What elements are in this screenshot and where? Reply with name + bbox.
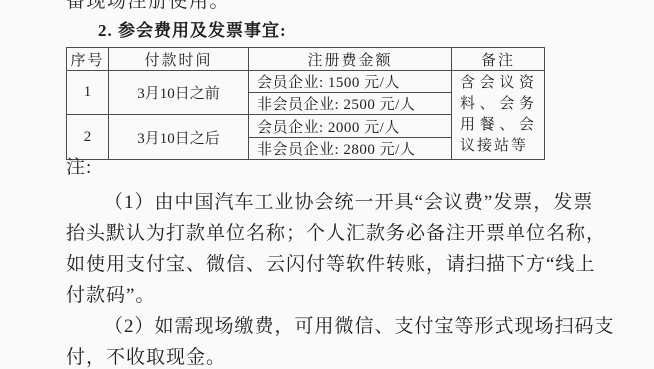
row2-member-fee-cell: 会员企业: 2000 元/人 [249,115,452,138]
note1-line: 付款码”。 [66,281,632,312]
column-header-registration-fee: 注册费金额 [249,48,452,71]
row1-nonmember-fee-cell: 非会员企业: 2500 元/人 [249,93,452,115]
fee-table: 序号 付款时间 注册费金额 备注 1 3月10日之前 会员企业: 1500 元/… [66,47,545,160]
document-page: 备现场注册使用。 2. 参会费用及发票事宜: 序号 付款时间 注册费金额 备注 … [0,0,654,369]
notes-section: 注: （1）由中国汽车工业协会统一开具“会议费”发票，发票 抬头默认为打款单位名… [66,155,632,369]
section-heading: 2. 参会费用及发票事宜: [98,16,287,41]
note2-line: 付，不收取现金。 [66,343,632,369]
column-header-payment-time: 付款时间 [109,48,249,71]
column-header-remark: 备注 [452,48,545,71]
table-row: 1 3月10日之前 会员企业: 1500 元/人 含会议资料、会务用餐、会议接站… [67,71,545,93]
note1-line: 如使用支付宝、微信、云闪付等软件转账，请扫描下方“线上 [66,250,632,281]
column-header-no: 序号 [67,48,109,71]
remark-cell: 含会议资料、会务用餐、会议接站等 [452,71,545,160]
row1-time-cell: 3月10日之前 [109,71,249,115]
note1-line: 抬头默认为打款单位名称；个人汇款务必备注开票单位名称， [66,219,632,250]
note1-line: （1）由中国汽车工业协会统一开具“会议费”发票，发票 [66,188,632,219]
clipped-top-line: 备现场注册使用。 [66,0,230,13]
notes-label: 注: [66,155,632,188]
row1-member-fee-cell: 会员企业: 1500 元/人 [249,71,452,93]
row1-no-cell: 1 [67,71,109,115]
fee-table-header-row: 序号 付款时间 注册费金额 备注 [67,48,545,71]
row2-time-cell: 3月10日之后 [109,115,249,160]
row2-no-cell: 2 [67,115,109,160]
note2-line: （2）如需现场缴费，可用微信、支付宝等形式现场扫码支 [66,312,632,343]
